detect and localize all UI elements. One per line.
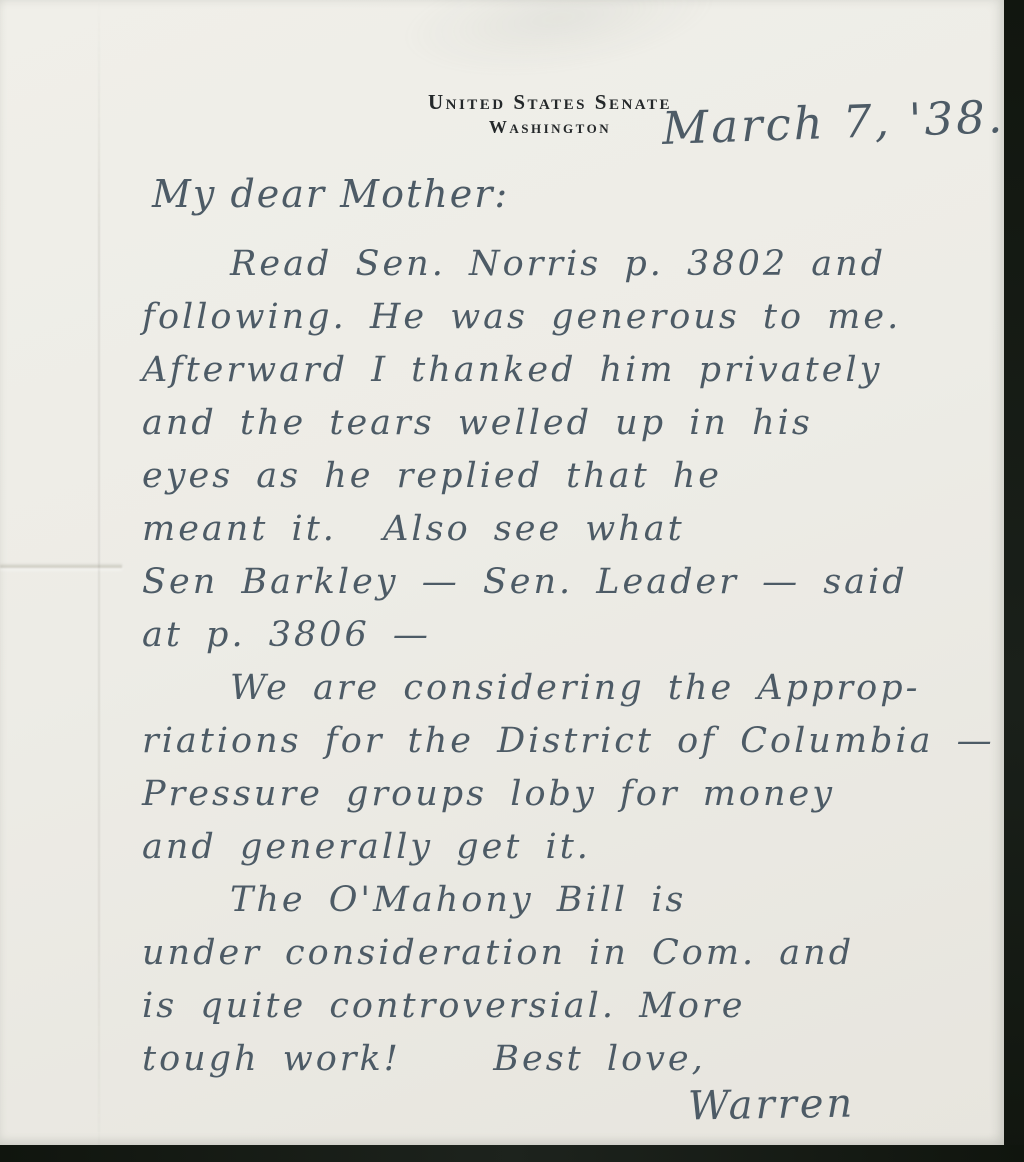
handwritten-line: We are considering the Approp- bbox=[142, 662, 992, 715]
handwritten-line: following. He was generous to me. bbox=[142, 291, 992, 344]
salutation: My dear Mother: bbox=[152, 172, 509, 216]
vertical-fold-crease bbox=[98, 0, 100, 1145]
ink-showthrough-artifact bbox=[395, 0, 724, 94]
handwritten-line: under consideration in Com. and bbox=[142, 927, 992, 980]
handwritten-line: The O'Mahony Bill is bbox=[142, 874, 992, 927]
letter-paper: United States Senate Washington March 7,… bbox=[0, 0, 1004, 1145]
signature: Warren bbox=[688, 1081, 856, 1130]
handwritten-line: Pressure groups loby for money bbox=[142, 768, 992, 821]
scan-background-right-strip bbox=[1004, 0, 1024, 1162]
handwritten-line: Afterward I thanked him privately bbox=[142, 344, 992, 397]
horizontal-fold-crease bbox=[0, 565, 122, 568]
handwritten-line: tough work! Best love, bbox=[142, 1033, 992, 1086]
handwritten-line: and the tears welled up in his bbox=[142, 397, 992, 450]
scanned-letter: United States Senate Washington March 7,… bbox=[0, 0, 1024, 1162]
handwritten-line: riations for the District of Columbia — bbox=[142, 715, 992, 768]
handwritten-line: at p. 3806 — bbox=[142, 609, 992, 662]
handwritten-date: March 7, '38. bbox=[661, 90, 1006, 155]
scan-background-bottom-strip bbox=[0, 1145, 1024, 1162]
letter-body: Read Sen. Norris p. 3802 and following. … bbox=[142, 238, 992, 1086]
handwritten-line: Sen Barkley — Sen. Leader — said bbox=[142, 556, 992, 609]
handwritten-line: and generally get it. bbox=[142, 821, 992, 874]
handwritten-line: Read Sen. Norris p. 3802 and bbox=[142, 238, 992, 291]
handwritten-line: is quite controversial. More bbox=[142, 980, 992, 1033]
handwritten-line: eyes as he replied that he bbox=[142, 450, 992, 503]
handwritten-line: meant it. Also see what bbox=[142, 503, 992, 556]
